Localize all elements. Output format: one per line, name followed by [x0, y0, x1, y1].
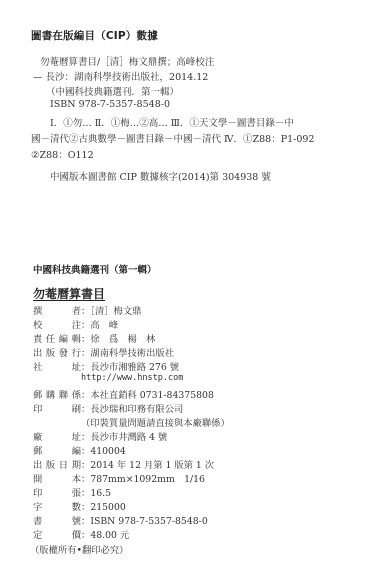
colophon-row: 撰 者：［清］梅文鼎	[33, 303, 141, 317]
book-title: 勿菴曆算書目	[33, 285, 105, 302]
colophon-row: 郵購聯係：本社直銷科 0731-84375808	[33, 387, 214, 401]
cip-heading: 圖書在版編目（CIP）數據	[31, 28, 158, 43]
colophon-row: 校 注：高 峰	[33, 317, 118, 331]
colophon-row: 社 址：長沙市湘雅路 276 號	[33, 359, 179, 373]
colophon-row: 定 價：48.00 元	[33, 527, 129, 541]
cip-line: 國－清代②古典數學－圖書目錄－中國－清代 Ⅳ．①Z88：P1-092	[31, 131, 314, 145]
cip-line: ISBN 978-7-5357-8548-0	[50, 99, 170, 110]
cip-line: — 長沙：湖南科學技術出版社，2014.12	[33, 69, 208, 83]
colophon-row: 出版發行：湖南科學技術出版社	[33, 345, 174, 359]
colophon-row: 字 數：215000	[33, 499, 126, 513]
colophon-row: 廠 址：長沙市井灣路 4 號	[33, 429, 167, 443]
colophon-row: 開 本：787mm×1092mm 1/16	[33, 471, 205, 485]
cip-line: （中國科技典籍選刊．第一輯）	[46, 84, 179, 98]
cip-line: Ⅰ．①勿… Ⅱ．①梅…②高… Ⅲ．①天文學－圖書目錄－中	[50, 115, 294, 129]
printing-note: （印裝質量問題請直接與本廠聯係）	[81, 415, 230, 429]
cip-line: ②Z88：O112	[31, 147, 94, 161]
cip-line: 勿菴曆算書目/［清］梅文鼎撰；高峰校注	[40, 54, 214, 68]
series-title: 中國科技典籍選刊（第一輯）	[33, 262, 157, 276]
colophon-row: 印 張：16.5	[33, 485, 111, 499]
colophon-row: 出版日期：2014 年 12 月第 1 版第 1 次	[33, 457, 214, 471]
colophon-row: 印 刷：長沙瑞和印務有限公司	[33, 401, 183, 415]
colophon-row: 責任編輯：徐 爲 楊 林	[33, 331, 155, 345]
publisher-website: http://www.hnstp.com	[81, 373, 183, 383]
cip-verify-number: 中國版本圖書館 CIP 數據核字(2014)第 304938 號	[50, 169, 271, 183]
colophon-row: 郵 編：410004	[33, 443, 126, 457]
colophon-row: 書 號：ISBN 978-7-5357-8548-0	[33, 513, 208, 527]
rights-notice: （版權所有•翻印必究）	[30, 542, 128, 556]
